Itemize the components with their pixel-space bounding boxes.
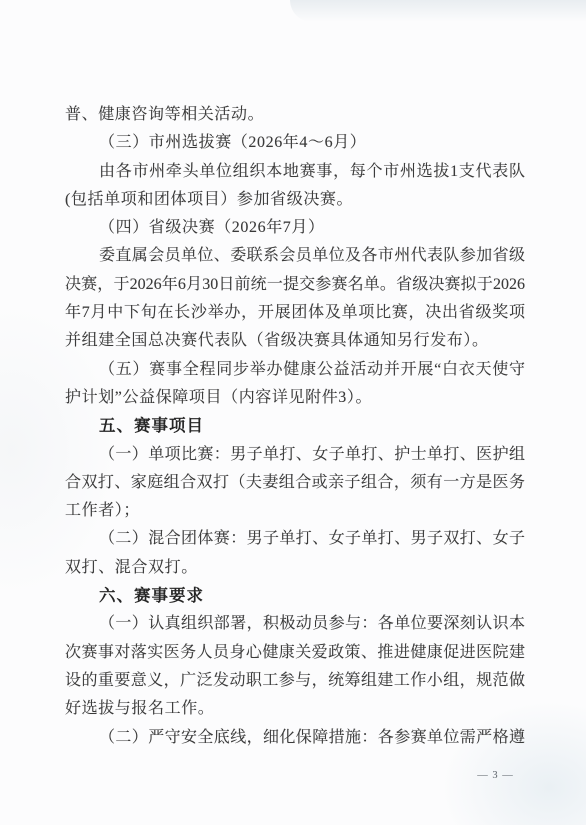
text-line: 次赛事对落实医务人员身心健康关爱政策、推进健康促进医院建 [65,639,525,667]
text-line: 合双打、家庭组合双打（夫妻组合或亲子组合，须有一方是医务 [65,469,525,497]
scan-artifact-top-right [290,0,586,22]
section-heading-requirements: 六、赛事要求 [65,582,525,610]
text-line: 好选拔与报名工作。 [65,695,525,723]
scanned-document-page: 普、健康咨询等相关活动。 （三）市州选拔赛（2026年4～6月） 由各市州牵头单… [0,0,586,825]
text-line: (包括单项和团体项目）参加省级决赛。 [65,186,525,214]
text-line: （四）省级决赛（2026年7月） [65,214,525,242]
text-line: （二）严守安全底线，细化保障措施：各参赛单位需严格遵 [65,724,525,752]
text-line: 设的重要意义，广泛发动职工参与，统筹组建工作小组，规范做 [65,667,525,695]
text-line: 工作者）； [65,497,525,525]
text-line: 并组建全国总决赛代表队（省级决赛具体通知另行发布）。 [65,327,525,355]
text-line: 普、健康咨询等相关活动。 [65,101,525,129]
text-line: 由各市州牵头单位组织本地赛事，每个市州选拔1支代表队 [65,158,525,186]
text-line: （二）混合团体赛：男子单打、女子单打、男子双打、女子 [65,525,525,553]
document-body: 普、健康咨询等相关活动。 （三）市州选拔赛（2026年4～6月） 由各市州牵头单… [65,101,525,752]
text-line: 护计划”公益保障项目（内容详见附件3）。 [65,384,525,412]
text-line: （一）认真组织部署，积极动员参与：各单位要深刻认识本 [65,610,525,638]
text-line: 决赛，于2026年6月30日前统一提交参赛名单。省级决赛拟于2026 [65,271,525,299]
text-line: （三）市州选拔赛（2026年4～6月） [65,129,525,157]
text-line: （五）赛事全程同步举办健康公益活动并开展“白衣天使守 [65,356,525,384]
text-line: 年7月中下旬在长沙举办，开展团体及单项比赛，决出省级奖项 [65,299,525,327]
text-line: 双打、混合双打。 [65,554,525,582]
page-number: — 3 — [458,770,533,781]
text-line: （一）单项比赛：男子单打、女子单打、护士单打、医护组 [65,441,525,469]
text-line: 委直属会员单位、委联系会员单位及各市州代表队参加省级 [65,242,525,270]
section-heading-events: 五、赛事项目 [65,412,525,440]
